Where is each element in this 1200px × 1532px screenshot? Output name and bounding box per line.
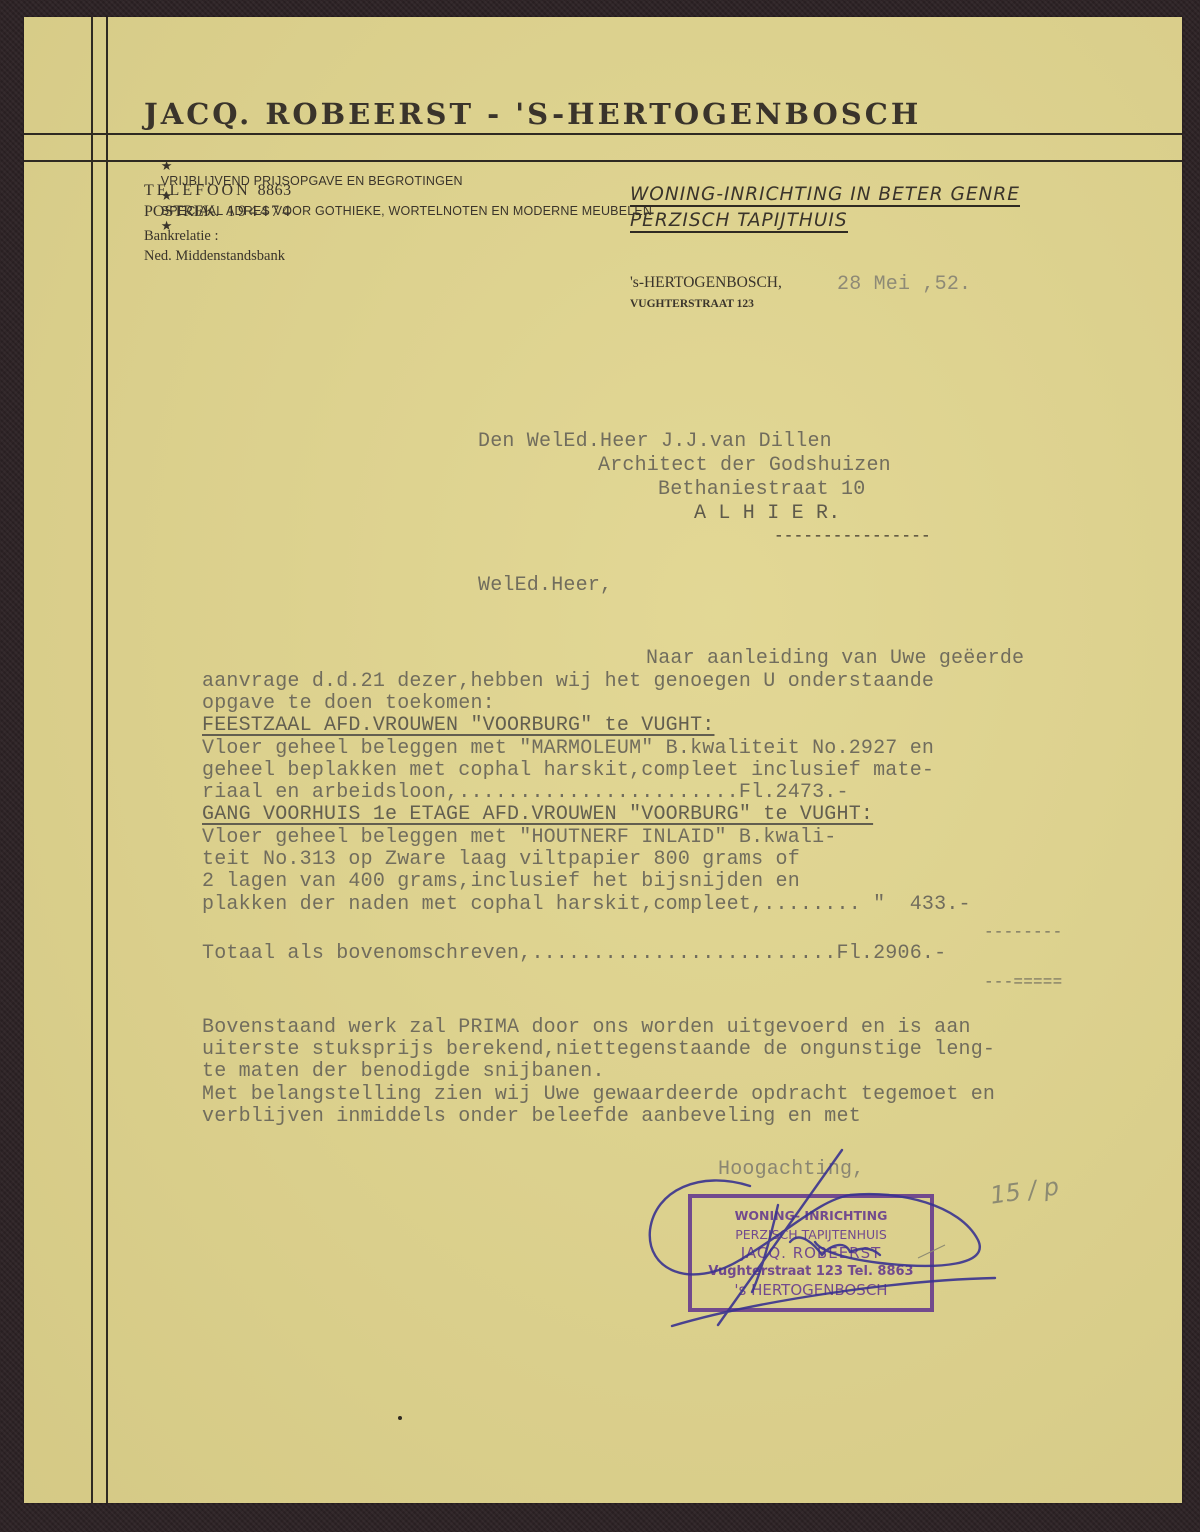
date: 28 Mei ,52. bbox=[837, 273, 971, 296]
recipient-line-2: Architect der Godshuizen bbox=[598, 454, 891, 477]
recipient-line-3: Bethaniestraat 10 bbox=[658, 478, 865, 501]
pencil-note: 15 / p bbox=[988, 1172, 1060, 1209]
total-rule: ---===== bbox=[984, 973, 1062, 991]
postrek: POSTREK. 194474 bbox=[144, 203, 293, 221]
ink-dot bbox=[398, 1416, 402, 1420]
bank-name: Ned. Middenstandsbank bbox=[144, 248, 285, 265]
closing-line: uiterste stuksprijs berekend,niettegenst… bbox=[202, 1038, 995, 1061]
place: 's-HERTOGENBOSCH, bbox=[630, 274, 782, 292]
genre-line-2: PERZISCH TAPIJTHUIS bbox=[630, 210, 848, 233]
company-stamp: WONING- INRICHTING PERZISCH TAPIJTENHUIS… bbox=[688, 1194, 934, 1312]
item-1-line: Vloer geheel beleggen met "MARMOLEUM" B.… bbox=[202, 737, 934, 760]
closing-line: te maten der benodigde snijbanen. bbox=[202, 1060, 605, 1083]
subtotal-rule: -------- bbox=[984, 923, 1062, 941]
recipient-line-1: Den WelEd.Heer J.J.van Dillen bbox=[478, 430, 832, 453]
genre-line-1: WONING-INRICHTING IN BETER GENRE bbox=[630, 184, 1020, 207]
telephone-number: 8863 bbox=[258, 182, 292, 199]
recipient-line-4: A L H I E R. bbox=[694, 502, 840, 525]
item-2-line: teit No.313 op Zware laag viltpapier 800… bbox=[202, 848, 800, 871]
total-line: Totaal als bovenomschreven,.............… bbox=[202, 942, 946, 965]
item-1-line: geheel beplakken met cophal harskit,comp… bbox=[202, 759, 934, 782]
salutation: WelEd.Heer, bbox=[478, 574, 612, 597]
intro-line-2: aanvrage d.d.21 dezer,hebben wij het gen… bbox=[202, 670, 934, 693]
stamp-line-2: PERZISCH TAPIJTENHUIS bbox=[692, 1226, 930, 1245]
item-2-line: plakken der naden met cophal harskit,com… bbox=[202, 893, 971, 916]
bank-label: Bankrelatie : bbox=[144, 228, 218, 245]
recipient-rule: ---------------- bbox=[774, 527, 931, 545]
stamp-line-5: 's HERTOGENBOSCH bbox=[692, 1281, 930, 1300]
left-border-line-1 bbox=[91, 17, 93, 1503]
item-2-heading: GANG VOORHUIS 1e ETAGE AFD.VROUWEN "VOOR… bbox=[202, 803, 873, 826]
letter-page: JACQ. ROBEERST - 'S-HERTOGENBOSCH ★ VRIJ… bbox=[24, 17, 1182, 1503]
closing-line: Bovenstaand werk zal PRIMA door ons word… bbox=[202, 1016, 971, 1039]
intro-line-3: opgave te doen toekomen: bbox=[202, 692, 495, 715]
stamp-line-3: JACQ. ROBEERST bbox=[692, 1244, 930, 1263]
telephone-label: TELEFOON bbox=[144, 182, 251, 199]
street-address: VUGHTERSTRAAT 123 bbox=[630, 298, 754, 310]
star-icon: ★ bbox=[161, 158, 173, 173]
item-1-heading: FEESTZAAL AFD.VROUWEN "VOORBURG" te VUGH… bbox=[202, 714, 714, 737]
stamp-line-4: Vughterstraat 123 Tel. 8863 bbox=[692, 1263, 930, 1282]
telephone: TELEFOON 8863 bbox=[144, 182, 292, 200]
item-2-line: 2 lagen van 400 grams,inclusief het bijs… bbox=[202, 870, 800, 893]
firm-title: JACQ. ROBEERST - 'S-HERTOGENBOSCH bbox=[144, 97, 921, 131]
stamp-line-1: WONING- INRICHTING bbox=[692, 1207, 930, 1226]
header-rule-top bbox=[24, 133, 1182, 135]
closing-line: verblijven inmiddels onder beleefde aanb… bbox=[202, 1105, 861, 1128]
postrek-label: POSTREK. bbox=[144, 203, 219, 220]
intro-line-1: Naar aanleiding van Uwe geëerde bbox=[646, 647, 1024, 670]
valediction: Hoogachting, bbox=[718, 1158, 864, 1181]
closing-line: Met belangstelling zien wij Uwe gewaarde… bbox=[202, 1083, 995, 1106]
left-border-line-2 bbox=[106, 17, 108, 1503]
postrek-number: 194474 bbox=[227, 203, 293, 220]
item-1-line: riaal en arbeidsloon,...................… bbox=[202, 781, 849, 804]
item-2-line: Vloer geheel beleggen met "HOUTNERF INLA… bbox=[202, 826, 837, 849]
